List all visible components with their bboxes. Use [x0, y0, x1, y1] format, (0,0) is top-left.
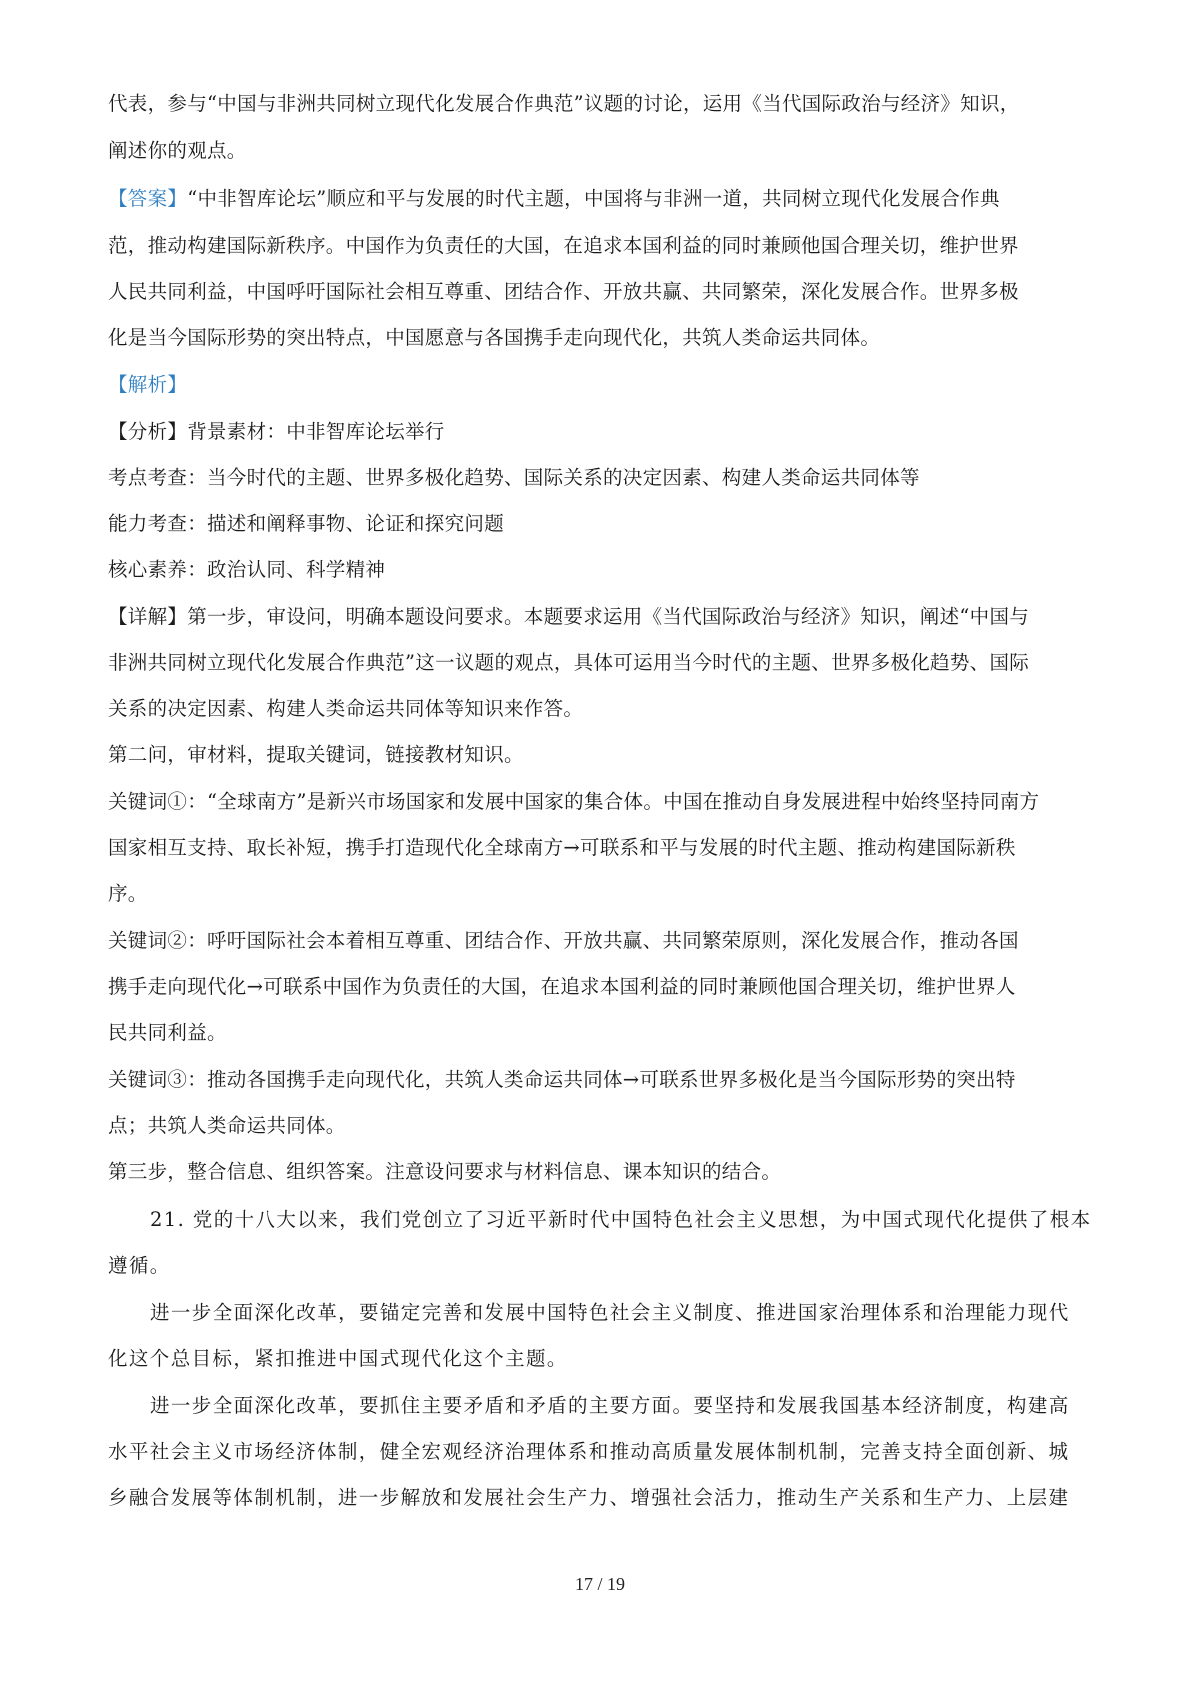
para2-line-1: 进一步全面深化改革，要抓住主要矛盾和矛盾的主要方面。要坚持和发展我国基本经济制度…	[150, 1392, 1140, 1420]
para2-line-3: 乡融合发展等体制机制，进一步解放和发展社会生产力、增强社会活力，推动生产关系和生…	[108, 1484, 1098, 1512]
answer-line-3: 人民共同利益，中国呼吁国际社会相互尊重、团结合作、开放共赢、共同繁荣，深化发展合…	[108, 278, 1098, 306]
step2-line: 第二问，审材料，提取关键词，链接教材知识。	[108, 741, 1098, 769]
keyword3-line-2: 点；共筑人类命运共同体。	[108, 1112, 1098, 1140]
keyword2-line-2: 携手走向现代化→可联系中国作为负责任的大国，在追求本国利益的同时兼顾他国合理关切…	[108, 973, 1098, 1001]
answer-line-1: 【答案】“中非智库论坛”顺应和平与发展的时代主题，中国将与非洲一道，共同树立现代…	[108, 185, 1098, 213]
analysis-suyang: 核心素养：政治认同、科学精神	[108, 556, 1098, 584]
analysis-fenxi: 【分析】背景素材：中非智库论坛举行	[108, 418, 1098, 446]
analysis-nengli: 能力考查：描述和阐释事物、论证和探究问题	[108, 510, 1098, 538]
prompt-line-1: 代表，参与“中国与非洲共同树立现代化发展合作典范”议题的讨论，运用《当代国际政治…	[108, 90, 1098, 118]
question21-line-1: 21. 党的十八大以来，我们党创立了习近平新时代中国特色社会主义思想，为中国式现…	[150, 1206, 1140, 1234]
keyword2-line-1: 关键词②：呼吁国际社会本着相互尊重、团结合作、开放共赢、共同繁荣原则，深化发展合…	[108, 927, 1098, 955]
answer-line-4: 化是当今国际形势的突出特点，中国愿意与各国携手走向现代化，共筑人类命运共同体。	[108, 324, 1098, 352]
answer-label: 【答案】	[108, 187, 187, 210]
page-number: 17 / 19	[0, 1574, 1200, 1595]
para2-line-2: 水平社会主义市场经济体制，健全宏观经济治理体系和推动高质量发展体制机制，完善支持…	[108, 1438, 1098, 1466]
para1-line-1: 进一步全面深化改革，要锚定完善和发展中国特色社会主义制度、推进国家治理体系和治理…	[150, 1299, 1140, 1327]
document-page: 代表，参与“中国与非洲共同树立现代化发展合作典范”议题的讨论，运用《当代国际政治…	[0, 0, 1200, 1697]
keyword2-line-3: 民共同利益。	[108, 1019, 1098, 1047]
keyword1-line-1: 关键词①：“全球南方”是新兴市场国家和发展中国家的集合体。中国在推动自身发展进程…	[108, 788, 1098, 816]
xiangjie-line-1: 【详解】第一步，审设问，明确本题设问要求。本题要求运用《当代国际政治与经济》知识…	[108, 603, 1098, 631]
para1-line-2: 化这个总目标，紧扣推进中国式现代化这个主题。	[108, 1345, 1098, 1373]
answer-line-2: 范，推动构建国际新秩序。中国作为负责任的大国，在追求本国利益的同时兼顾他国合理关…	[108, 232, 1098, 260]
keyword1-line-3: 序。	[108, 880, 1098, 908]
question21-line-2: 遵循。	[108, 1252, 1098, 1280]
answer-text: “中非智库论坛”顺应和平与发展的时代主题，中国将与非洲一道，共同树立现代化发展合…	[187, 187, 1000, 210]
prompt-line-2: 阐述你的观点。	[108, 137, 1098, 165]
analysis-kaodian: 考点考查：当今时代的主题、世界多极化趋势、国际关系的决定因素、构建人类命运共同体…	[108, 464, 1098, 492]
keyword1-line-2: 国家相互支持、取长补短，携手打造现代化全球南方→可联系和平与发展的时代主题、推动…	[108, 834, 1098, 862]
keyword3-line-1: 关键词③：推动各国携手走向现代化，共筑人类命运共同体→可联系世界多极化是当今国际…	[108, 1066, 1098, 1094]
step3-line: 第三步，整合信息、组织答案。注意设问要求与材料信息、课本知识的结合。	[108, 1158, 1098, 1186]
xiangjie-line-2: 非洲共同树立现代化发展合作典范”这一议题的观点，具体可运用当今时代的主题、世界多…	[108, 649, 1098, 677]
analysis-label: 【解析】	[108, 371, 1098, 399]
xiangjie-line-3: 关系的决定因素、构建人类命运共同体等知识来作答。	[108, 695, 1098, 723]
